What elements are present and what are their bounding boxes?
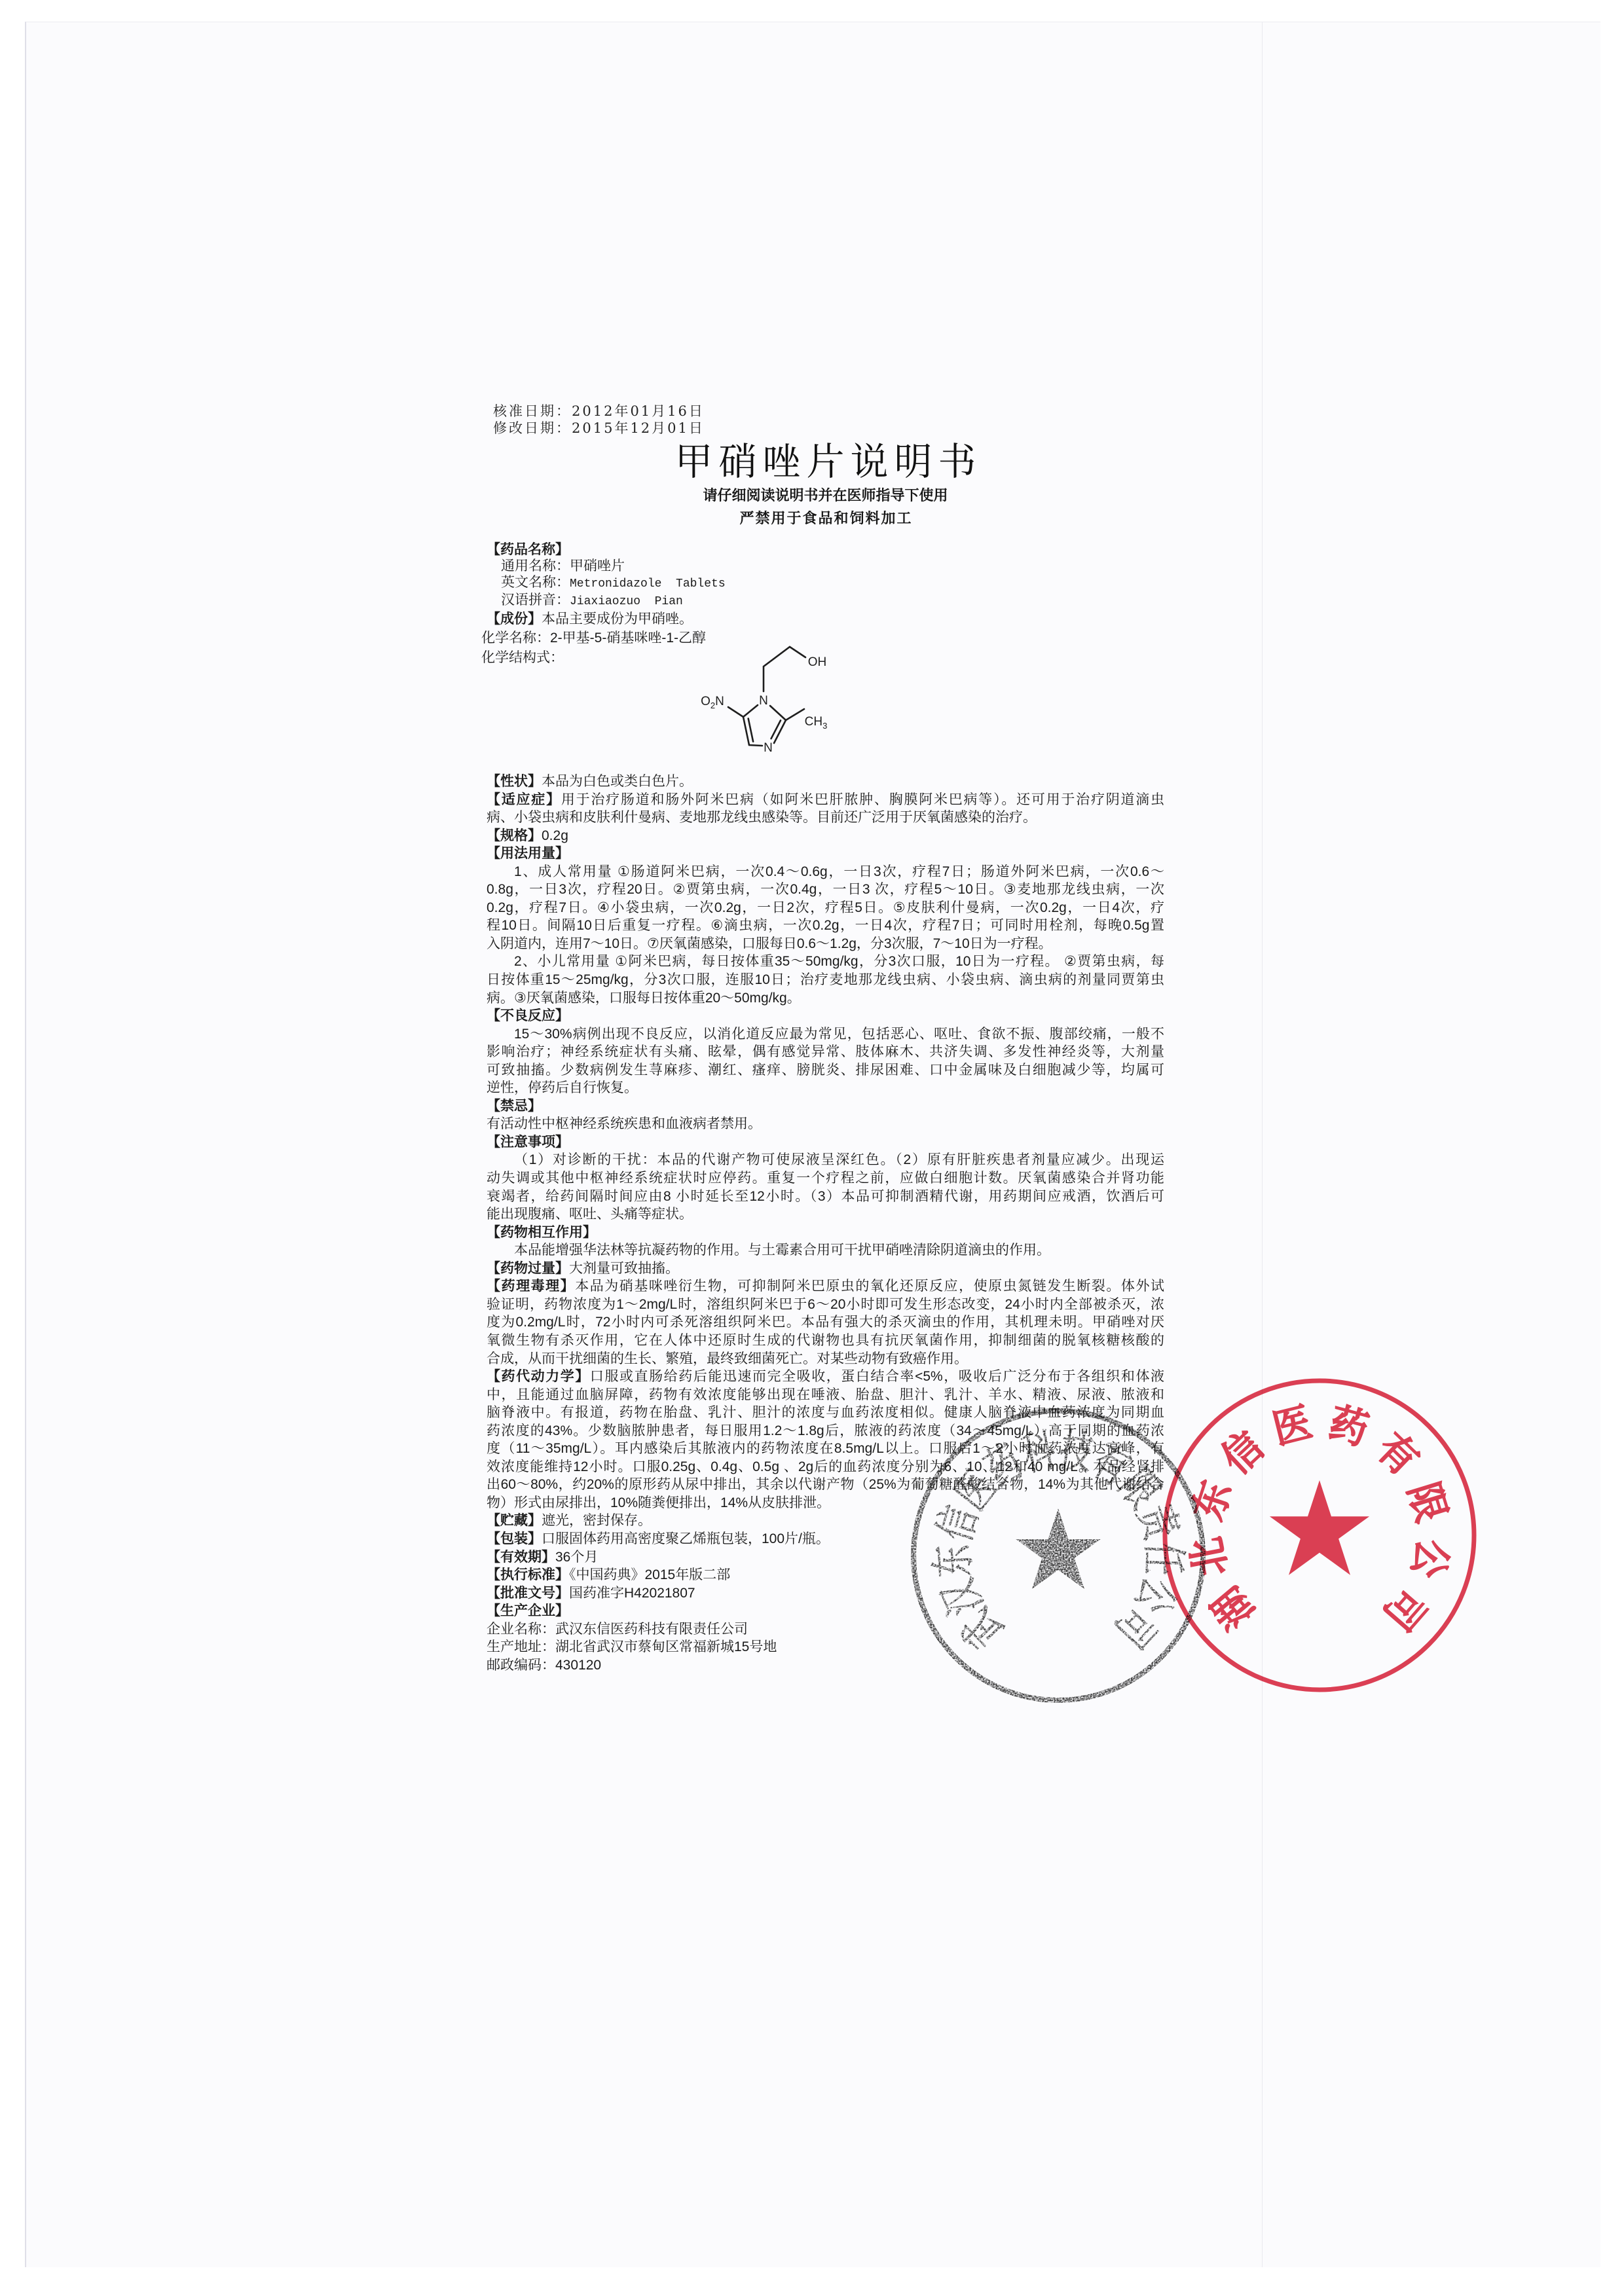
pharmacokinetics-line: 出60～80%，约20%的原形药从尿中排出，其余以代谢产物（25%为葡萄糖醛酸结… xyxy=(487,1476,1164,1494)
chemical-structure: OH N N O2N CH3 xyxy=(694,638,838,756)
pharmacokinetics-line: 药浓度的43%。少数脑脓肿患者，每日服用1.2～1.8g后，脓液的药浓度（34～… xyxy=(487,1422,1164,1440)
structure-label: 化学结构式： xyxy=(481,650,564,666)
section-heading: 【药理毒理】 xyxy=(487,1279,575,1294)
section-text: 遮光，密封保存。 xyxy=(542,1513,652,1528)
contraindications-line: 有活动性中枢神经系统疾患和血液病者禁用。 xyxy=(487,1115,1164,1133)
nitro-o: O xyxy=(701,695,710,708)
pharmacokinetics-line: 脑脊液中。有报道，药物在胎盘、乳汁、胆汁的浓度与血药浓度相似。健康人脑脊液中血药… xyxy=(487,1404,1164,1422)
section-text: 本品为硝基咪唑衍生物，可抑制阿米巴原虫的氧化还原反应，使原虫氮链发生断裂。体外试 xyxy=(575,1279,1164,1294)
dosage-line: 病。③厌氧菌感染，口服每日按体重20～50mg/kg。 xyxy=(487,989,1164,1008)
dosage-line: 入阴道内，连用7～10日。⑦厌氧菌感染，口服每日0.6～1.2g，分3次服，7～… xyxy=(487,935,1164,953)
double-bond-line xyxy=(771,720,781,738)
precautions-heading: 【注意事项】 xyxy=(487,1133,1164,1152)
methyl-bond xyxy=(786,709,804,720)
chemical-name-label: 化学名称： xyxy=(481,630,550,646)
section-heading: 【贮藏】 xyxy=(487,1513,542,1528)
generic-name-label: 通用名称： xyxy=(501,558,570,574)
nitro-subscript: 2 xyxy=(710,701,715,710)
section-text: 用于治疗肠道和肠外阿米巴病（如阿米巴肝脓肿、胸膜阿米巴病等）。还可用于治疗阴道滴… xyxy=(561,792,1164,807)
pharmacokinetics-line: 【药代动力学】口服或直肠给药后能迅速而完全吸收，蛋白结合率<5%，吸收后广泛分布… xyxy=(487,1368,1164,1386)
usage-notice: 请仔细阅读说明书并在医师指导下使用 xyxy=(487,487,1164,504)
dosage-line: 0.8g，一日3次，疗程20日。②贾第虫病，一次0.4g，一日3 次，疗程5～1… xyxy=(487,881,1164,899)
adverse-reactions-line: 可致抽搐。少数病例发生荨麻疹、潮红、瘙痒、膀胱炎、排尿困难、口中金属味及白细胞减… xyxy=(487,1061,1164,1080)
precautions-line: 能出现腹痛、呕吐、头痛等症状。 xyxy=(487,1205,1164,1224)
drug-name-heading: 【药品名称】 xyxy=(487,542,569,558)
revision-date: 修改日期：2015年12月01日 xyxy=(493,420,705,437)
food-ban-notice: 严禁用于食品和饲料加工 xyxy=(487,510,1164,527)
dosage-line: 2、小儿常用量 ①阿米巴病，每日按体重35～50mg/kg，分3次口服，10日为… xyxy=(487,953,1164,971)
methyl-label: CH3 xyxy=(805,715,828,731)
section-heading: 【执行标准】 xyxy=(487,1567,569,1582)
english-name-label: 英文名称： xyxy=(501,575,570,590)
section-text: 国药准字H42021807 xyxy=(569,1586,695,1601)
dosage-line: 程10日。间隔10日后重复一疗程。⑥滴虫病，一次0.2g，一日4次，疗程7日；可… xyxy=(487,917,1164,935)
approval-date-value: 2012年01月16日 xyxy=(572,403,705,419)
pharmacology-line: 合成，从而干扰细菌的生长、繁殖，最终致细菌死亡。对某些动物有致癌作用。 xyxy=(487,1350,1164,1368)
interactions-heading: 【药物相互作用】 xyxy=(487,1224,1164,1242)
dosage-line: 日按体重15～25mg/kg，分3次口服，连服10日；治疗麦地那龙线虫病、小袋虫… xyxy=(487,971,1164,989)
chemical-name-value: 2-甲基-5-硝基咪唑-1-乙醇 xyxy=(550,630,706,646)
specification-line: 【规格】0.2g xyxy=(487,827,1164,845)
approval-number-line: 【批准文号】国药准字H42021807 xyxy=(487,1584,1164,1603)
leaflet-body: 【性状】本品为白色或类白色片。 【适应症】用于治疗肠道和肠外阿米巴病（如阿米巴肝… xyxy=(487,773,1164,1674)
manufacturer-postcode: 邮政编码：430120 xyxy=(487,1656,1164,1675)
pinyin-name-value: Jiaxiaozuo Pian xyxy=(570,595,683,608)
dosage-heading: 【用法用量】 xyxy=(487,845,1164,863)
bond xyxy=(770,706,786,720)
indications-line: 【适应症】用于治疗肠道和肠外阿米巴病（如阿米巴肝脓肿、胸膜阿米巴病等）。还可用于… xyxy=(487,791,1164,809)
manufacturer-name-value: 武汉东信医药科技有限责任公司 xyxy=(555,1622,748,1637)
ring-nitrogen-3: N xyxy=(764,741,773,755)
nitro-n: N xyxy=(715,695,724,708)
composition-text: 本品主要成份为甲硝唑。 xyxy=(542,611,693,627)
generic-name-value: 甲硝唑片 xyxy=(570,558,625,574)
document-title: 甲硝唑片说明书 xyxy=(487,439,1164,485)
methyl-subscript: 3 xyxy=(822,721,827,731)
section-text: 口服或直肠给药后能迅速而完全吸收，蛋白结合率<5%，吸收后广泛分布于各组织和体液 xyxy=(590,1369,1164,1384)
pinyin-name-label: 汉语拼音： xyxy=(501,592,570,608)
section-heading: 【包装】 xyxy=(487,1531,542,1546)
english-name: 英文名称：Metronidazole Tablets xyxy=(501,575,726,592)
adverse-reactions-heading: 【不良反应】 xyxy=(487,1007,1164,1025)
manufacturer-address: 生产地址：湖北省武汉市蔡甸区常福新城15号地 xyxy=(487,1638,1164,1656)
chemical-name: 化学名称：2-甲基-5-硝基咪唑-1-乙醇 xyxy=(481,630,706,646)
pharmacokinetics-line: 中，且能通过血脑屏障，药物有效浓度能够出现在唾液、胎盘、胆汁、乳汁、羊水、精液、… xyxy=(487,1386,1164,1404)
precautions-line: （1）对诊断的干扰：本品的代谢产物可使尿液呈深红色。（2）原有肝脏疾患者剂量应减… xyxy=(487,1151,1164,1169)
appearance-line: 【性状】本品为白色或类白色片。 xyxy=(487,773,1164,791)
ring-nitrogen-1: N xyxy=(759,694,768,708)
generic-name: 通用名称：甲硝唑片 xyxy=(501,558,625,574)
manufacturer-address-value: 湖北省武汉市蔡甸区常福新城15号地 xyxy=(555,1639,777,1654)
section-text: 大剂量可致抽搐。 xyxy=(569,1261,679,1276)
ethanol-chain-bond xyxy=(764,647,805,691)
bond xyxy=(749,745,762,746)
dosage-line: 0.2g，疗程7日。④小袋虫病，一次0.2g，一日2次，疗程5日。⑤皮肤利什曼病… xyxy=(487,899,1164,917)
manufacturer-heading: 【生产企业】 xyxy=(487,1602,1164,1620)
precautions-line: 衰竭者，给药间隔时间应由8 小时延长至12小时。（3）本品可抑制酒精代谢，用药期… xyxy=(487,1188,1164,1206)
interactions-line: 本品能增强华法林等抗凝药物的作用。与土霉素合用可干扰甲硝唑清除阴道滴虫的作用。 xyxy=(487,1241,1164,1260)
section-heading: 【药代动力学】 xyxy=(487,1369,590,1384)
section-heading: 【规格】 xyxy=(487,828,542,843)
methyl-ch: CH xyxy=(805,715,822,729)
approval-date-label: 核准日期： xyxy=(493,403,572,419)
storage-line: 【贮藏】遮光，密封保存。 xyxy=(487,1512,1164,1530)
section-text: 口服固体药用高密度聚乙烯瓶包装，100片/瓶。 xyxy=(542,1531,830,1546)
pharmacokinetics-line: 效浓度能维持12小时。口服0.25g、0.4g、0.5g 、2g后的血药浓度分别… xyxy=(487,1458,1164,1476)
indications-line: 病、小袋虫病和皮肤利什曼病、麦地那龙线虫感染等。目前还广泛用于厌氧菌感染的治疗。 xyxy=(487,809,1164,827)
pinyin-name: 汉语拼音：Jiaxiaozuo Pian xyxy=(501,592,683,610)
pharmacology-line: 度为0.2mg/L时，72小时内可杀死溶组织阿米巴。本品有强大的杀灭滴虫的作用，… xyxy=(487,1313,1164,1332)
manufacturer-postcode-label: 邮政编码： xyxy=(487,1658,555,1673)
section-text: 36个月 xyxy=(555,1550,598,1565)
pharmacokinetics-line: 物）形式由尿排出，10%随粪便排出，14%从皮肤排泄。 xyxy=(487,1494,1164,1512)
revision-date-label: 修改日期： xyxy=(493,420,572,436)
standard-line: 【执行标准】《中国药典》2015年版二部 xyxy=(487,1566,1164,1584)
scan-fold-line xyxy=(1262,22,1263,2267)
manufacturer-address-label: 生产地址： xyxy=(487,1639,555,1654)
bond xyxy=(774,720,786,743)
nitro-label: O2N xyxy=(701,695,724,710)
pharmacology-line: 氧微生物有杀灭作用，它在人体中还原时生成的代谢物也具有抗厌氧菌作用，抑制细菌的脱… xyxy=(487,1332,1164,1350)
overdose-line: 【药物过量】大剂量可致抽搐。 xyxy=(487,1260,1164,1278)
precautions-line: 动失调或其他中枢神经系统症状时应停药。重复一个疗程之前，应做白细胞计数。厌氧菌感… xyxy=(487,1169,1164,1188)
composition: 【成份】本品主要成份为甲硝唑。 xyxy=(487,611,693,627)
english-name-value: Metronidazole Tablets xyxy=(570,577,726,591)
revision-date-value: 2015年12月01日 xyxy=(572,420,705,436)
adverse-reactions-line: 逆性，停药后自行恢复。 xyxy=(487,1079,1164,1097)
dosage-line: 1、成人常用量 ①肠道阿米巴病，一次0.4～0.6g，一日3次，疗程7日；肠道外… xyxy=(487,863,1164,881)
pharmacokinetics-line: 度（11～35mg/L）。耳内感染后其脓液内的药物浓度在8.5mg/L以上。口服… xyxy=(487,1440,1164,1458)
section-text: 0.2g xyxy=(542,828,568,843)
section-text: 本品为白色或类白色片。 xyxy=(542,774,693,789)
section-heading: 【性状】 xyxy=(487,774,542,789)
nitro-bond xyxy=(728,707,743,717)
manufacturer-name: 企业名称：武汉东信医药科技有限责任公司 xyxy=(487,1620,1164,1639)
section-heading: 【有效期】 xyxy=(487,1550,555,1565)
section-text: 《中国药典》2015年版二部 xyxy=(569,1567,730,1582)
pharmacology-line: 【药理毒理】本品为硝基咪唑衍生物，可抑制阿米巴原虫的氧化还原反应，使原虫氮链发生… xyxy=(487,1277,1164,1296)
section-heading: 【适应症】 xyxy=(487,792,561,807)
package-line: 【包装】口服固体药用高密度聚乙烯瓶包装，100片/瓶。 xyxy=(487,1530,1164,1548)
adverse-reactions-line: 15～30%病例出现不良反应，以消化道反应最为常见，包括恶心、呕吐、食欲不振、腹… xyxy=(487,1025,1164,1044)
hydroxyl-label: OH xyxy=(808,655,827,669)
manufacturer-postcode-value: 430120 xyxy=(555,1658,601,1673)
approval-date: 核准日期：2012年01月16日 xyxy=(493,403,705,420)
section-heading: 【批准文号】 xyxy=(487,1586,569,1601)
contraindications-heading: 【禁忌】 xyxy=(487,1097,1164,1116)
manufacturer-name-label: 企业名称： xyxy=(487,1622,555,1637)
double-bond-line xyxy=(748,719,753,742)
pharmacology-line: 验证明，药物浓度为1～2mg/L时，溶组织阿米巴于6～20小时即可发生形态改变，… xyxy=(487,1296,1164,1314)
bond xyxy=(743,705,758,717)
shelf-life-line: 【有效期】36个月 xyxy=(487,1548,1164,1567)
composition-heading: 【成份】 xyxy=(487,611,542,627)
section-heading: 【药物过量】 xyxy=(487,1261,569,1276)
adverse-reactions-line: 影响治疗；神经系统症状有头痛、眩晕，偶有感觉异常、肢体麻木、共济失调、多发性神经… xyxy=(487,1043,1164,1061)
